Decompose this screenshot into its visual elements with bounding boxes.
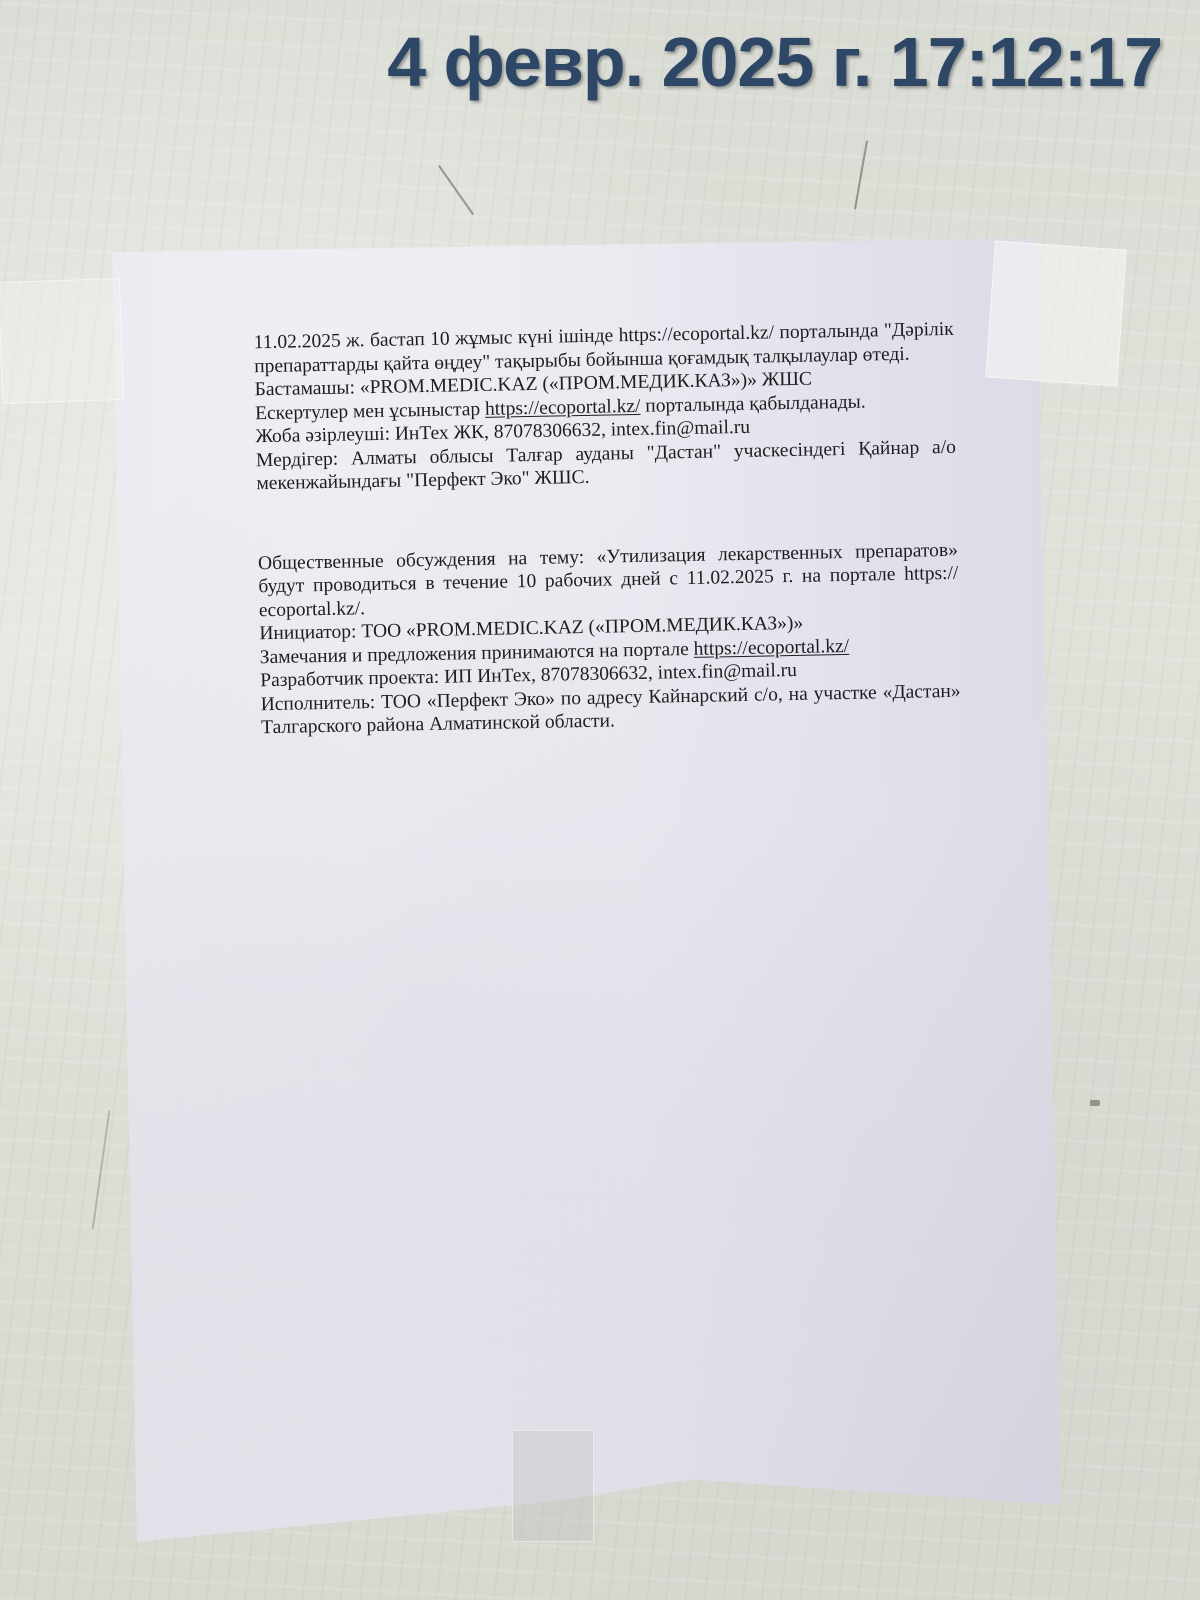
wall-crack	[92, 1110, 111, 1229]
kazakh-comments-prefix: Ескертулер мен ұсыныстар	[255, 398, 485, 423]
adhesive-tape	[985, 241, 1126, 387]
photo-timestamp: 4 февр. 2025 г. 17:12:17	[387, 22, 1162, 102]
russian-ecoportal-link[interactable]: https://ecoportal.kz/	[693, 635, 849, 659]
russian-section: Общественные обсуждения на тему: «Утилиз…	[258, 538, 961, 739]
kazakh-ecoportal-link[interactable]: https://ecoportal.kz/	[485, 395, 641, 419]
notice-content: 11.02.2025 ж. бастап 10 жұмыс күні ішінд…	[254, 318, 962, 740]
kazakh-comments-suffix: порталында қабылданады.	[640, 391, 866, 416]
wall-crack	[438, 165, 474, 215]
adhesive-tape	[512, 1430, 594, 1542]
adhesive-tape	[0, 278, 124, 404]
russian-intro: Общественные обсуждения на тему: «Утилиз…	[258, 538, 959, 622]
wall-crack	[854, 140, 868, 209]
printed-notice: 11.02.2025 ж. бастап 10 жұмыс күні ішінд…	[112, 234, 1062, 1542]
kazakh-section: 11.02.2025 ж. бастап 10 жұмыс күні ішінд…	[254, 318, 957, 496]
wall-crack	[1090, 1100, 1100, 1106]
